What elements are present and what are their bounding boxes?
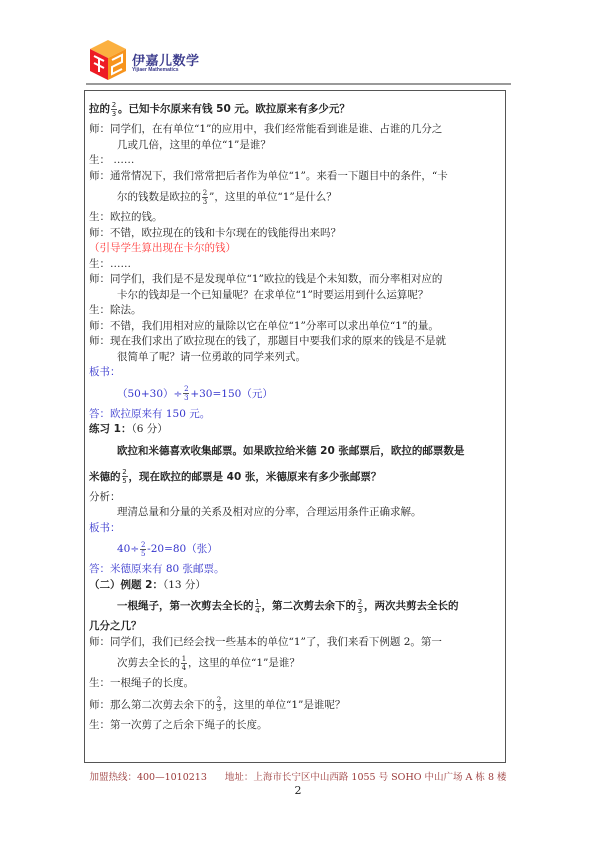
fraction: 23 <box>202 189 208 206</box>
dialogue-student: 生：欧拉的钱。 <box>89 210 503 226</box>
dialogue-teacher: 师：现在我们求出了欧拉现在的钱了，那题目中要我们求的原来的钱是不是就 <box>89 334 503 350</box>
exercise-question: 欧拉和米德喜欢收集邮票。如果欧拉给米德 20 张邮票后，欧拉的邮票数是 <box>89 438 503 464</box>
page-number: 2 <box>0 784 596 797</box>
dialogue-student: 生：除法。 <box>89 303 503 319</box>
dialogue-teacher: 师：通常情况下，我们常常把后者作为单位“1”。来看一下题目中的条件，“卡 <box>89 169 503 185</box>
dialogue-teacher: 师：不错，我们用相对应的量除以它在单位“1”分率可以求出单位“1”的量。 <box>89 319 503 335</box>
board-label: 板书： <box>89 365 503 381</box>
dialogue-student: 生：…… <box>89 257 503 273</box>
analysis-label: 分析： <box>89 490 503 506</box>
example-question: 一根绳子，第一次剪去全长的14，第二次剪去余下的23，两次共剪去全长的 <box>89 593 503 619</box>
fraction: 23 <box>357 598 363 615</box>
fraction: 14 <box>181 655 187 672</box>
board-formula: 40÷25-20=80（张） <box>89 536 503 562</box>
dialogue-cont: 卡尔的钱却是一个已知量呢？在求单位“1”时要运用到什么运算呢？ <box>89 288 503 304</box>
dialogue-student: 生： …… <box>89 153 503 169</box>
fraction: 23 <box>111 101 117 118</box>
fraction: 14 <box>255 598 261 615</box>
teaching-hint: （引导学生算出现在卡尔的钱） <box>89 241 503 257</box>
fraction: 23 <box>183 385 189 402</box>
dialogue-cont: 尔的钱数是欧拉的23”，这里的单位“1”是什么？ <box>89 184 503 210</box>
header-rule <box>86 83 511 85</box>
analysis-text: 理清总量和分量的关系及相对应的分率，合理运用条件正确求解。 <box>89 505 503 521</box>
dialogue-cont: 很简单了呢？请一位勇敢的同学来列式。 <box>89 350 503 366</box>
dialogue-student: 生：第一次剪了之后余下绳子的长度。 <box>89 718 503 734</box>
example-question: 几分之几？ <box>89 619 503 635</box>
footer-address: 地址：上海市长宁区中山西路 1055 号 SOHO 中山广场 A 栋 8 楼 <box>225 772 507 783</box>
dialogue-cont: 次剪去全长的14，这里的单位“1”是谁？ <box>89 650 503 676</box>
logo: 伊嘉儿数学 Yijiaer Mathematics <box>88 38 218 82</box>
answer: 答：欧拉原来有 150 元。 <box>89 407 503 423</box>
dialogue-teacher: 师：那么第二次剪去余下的23，这里的单位“1”是谁呢？ <box>89 692 503 718</box>
fraction: 25 <box>140 541 146 558</box>
fraction: 25 <box>122 468 128 485</box>
board-label: 板书： <box>89 521 503 537</box>
problem-intro-tail: 拉的23。已知卡尔原来有钱 50 元。欧拉原来有多少元？ <box>89 96 503 122</box>
dialogue-cont: 几或几倍，这里的单位“1”是谁？ <box>89 138 503 154</box>
dialogue-teacher: 师：同学们，在有单位“1”的应用中，我们经常能看到谁是谁、占谁的几分之 <box>89 122 503 138</box>
logo-cube-icon <box>88 38 128 82</box>
board-formula: （50+30）÷23+30=150（元） <box>89 381 503 407</box>
dialogue-teacher: 师：同学们，我们是不是发现单位“1”欧拉的钱是个未知数，而分率相对应的 <box>89 272 503 288</box>
lesson-content: 拉的23。已知卡尔原来有钱 50 元。欧拉原来有多少元？ 师：同学们，在有单位“… <box>89 96 503 733</box>
footer-hotline: 加盟热线：400—1010213 <box>89 772 206 783</box>
dialogue-teacher: 师：不错，欧拉现在的钱和卡尔现在的钱能得出来吗？ <box>89 226 503 242</box>
answer: 答：米德原来有 80 张邮票。 <box>89 562 503 578</box>
exercise-title: 练习 1：（6 分） <box>89 422 503 438</box>
footer: 加盟热线：400—1010213地址：上海市长宁区中山西路 1055 号 SOH… <box>0 769 596 783</box>
dialogue-student: 生：一根绳子的长度。 <box>89 676 503 692</box>
example-title: （二）例题 2：（13 分） <box>89 578 503 594</box>
logo-subtext: Yijiaer Mathematics <box>132 67 179 73</box>
dialogue-teacher: 师：同学们，我们已经会找一些基本的单位“1”了，我们来看下例题 2。第一 <box>89 635 503 651</box>
exercise-question: 米德的25，现在欧拉的邮票是 40 张，米德原来有多少张邮票？ <box>89 464 503 490</box>
fraction: 23 <box>216 696 222 713</box>
